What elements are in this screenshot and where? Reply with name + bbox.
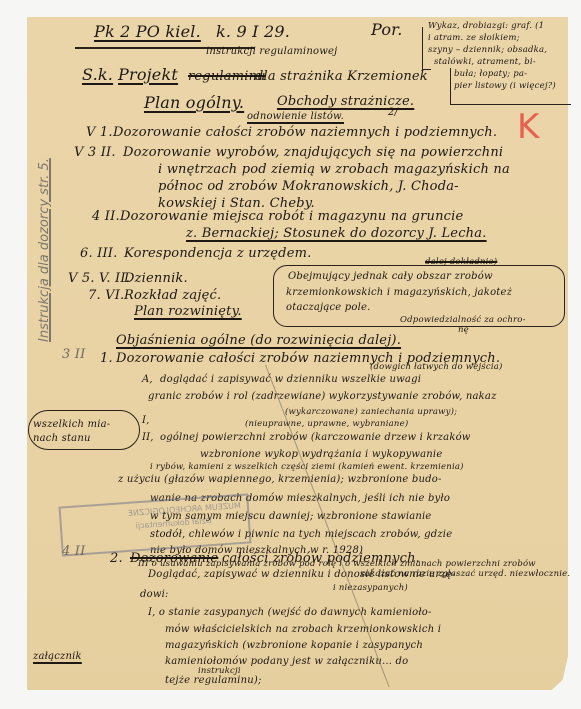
supplies-line: stalówki, atrament, bi- xyxy=(434,58,536,67)
bracket-note: nach stanu xyxy=(33,434,91,444)
general-heading: Objaśnienia ogólne (do rozwinięcia dalej… xyxy=(116,334,401,347)
item1-line: doglądać i zapisywać w dzienniku wszelki… xyxy=(160,375,421,385)
note-line: Odpowiedzialność za ochro- xyxy=(400,316,526,325)
item1-line: granic zrobów i rol (zadrzewiane) wykorz… xyxy=(148,392,497,402)
plan-item-text: Dozorowanie całości zrobów naziemnych i … xyxy=(113,126,497,139)
item1-number: 1. xyxy=(100,352,113,365)
item1-mark: I, xyxy=(142,416,150,426)
zalacznik-margin-note: załącznik xyxy=(33,652,82,662)
pencil-4: 4 II xyxy=(62,545,85,558)
item1-line: ogólnej powierzchni zrobów (karczowanie … xyxy=(160,433,471,443)
plan-item-text: i wnętrzach pod ziemią w zrobach magazyń… xyxy=(158,163,510,176)
plan-heading: Plan ogólny. xyxy=(144,95,244,111)
note-line: nę xyxy=(458,326,469,335)
item1-line: (wykarczowane) zaniechania uprawy); xyxy=(285,408,457,417)
item2-line: magazyńskich (wzbronione kopanie i zasyp… xyxy=(165,641,423,651)
note-line: Obejmujący jednak cały obszar zrobów xyxy=(288,272,493,282)
item1-line: (nieuprawne, uprawne, wybraniane) xyxy=(245,420,408,429)
project-inserted-text: instrukcji regulaminowej xyxy=(206,47,337,57)
plan-item-text: Plan rozwinięty. xyxy=(134,305,242,318)
supplies-line: buła; łopaty; pa- xyxy=(454,70,527,79)
note-line: krzemionkowskich i magazyńskich, jakoteż xyxy=(286,288,512,298)
item1-line: z użyciu (głazów wapiennego, krzemienia)… xyxy=(118,475,442,485)
plan-item-text: Korespondencja z urzędem. xyxy=(124,247,311,260)
plan-item-text: północ od zrobów Mokranowskich, J. Choda… xyxy=(158,180,459,193)
project-label: Projekt xyxy=(118,67,178,83)
pencil-3: 3 II xyxy=(62,348,85,361)
project-sk: S.k. xyxy=(82,67,113,83)
header-por: Por. xyxy=(371,22,403,38)
plan-item-mark: 6. III. xyxy=(80,247,117,260)
supplies-line: pier listowy (i więcej?) xyxy=(454,82,556,91)
supplies-line: Wykaz, drobiazgi: graf. (1 xyxy=(428,22,544,31)
plan-item-mark: 4 II. xyxy=(92,210,120,223)
item2-text: całości zrobów podziemnych. xyxy=(222,552,420,565)
item1-line: wzbronione wykop wydrążania i wykopywani… xyxy=(200,450,442,460)
obchody-note: odnowienie listów. xyxy=(247,112,344,122)
item1-mark: II, xyxy=(142,433,154,443)
plan-item-text: Rozkład zajęć. xyxy=(124,289,221,302)
bracket-note-border xyxy=(28,410,140,450)
supplies-line: szyny – dziennik; obsadka, xyxy=(428,46,547,55)
plan-item-mark: 7. VI. xyxy=(88,289,124,302)
item2-number: 2. xyxy=(110,552,123,565)
item2-line: dowi: xyxy=(140,590,169,600)
project-title: dla strażnika Krzemionek xyxy=(255,70,428,83)
item1-mark: A, xyxy=(142,375,153,385)
plan-item-mark: V 5. V. II. xyxy=(68,272,130,285)
plan-item-text: Dziennik. xyxy=(124,272,188,285)
header-ref: Pk 2 PO kiel. xyxy=(94,24,201,40)
supplies-line: i atram. ze słoikiem; xyxy=(428,34,520,43)
bracket-note: wszelkich mia- xyxy=(33,420,110,430)
item2-insert: i niezasypanych) xyxy=(333,584,408,593)
red-check-mark: K xyxy=(517,110,540,144)
header-date: k. 9 I 29. xyxy=(216,24,290,40)
item2-struck: Dozorowanie xyxy=(130,552,218,565)
note-line: otaczające pole. xyxy=(286,303,371,313)
item2-line: Doglądać, zapisywać w dzienniku i donosi… xyxy=(148,570,456,580)
item1-insert: (dowgich łatwych do wejścia) xyxy=(370,363,503,372)
plan-item-text: z. Bernackiej; Stosunek do dozorcy J. Le… xyxy=(186,227,487,240)
vertical-pencil-note: Instrukcja dla dozorcy str. 5. xyxy=(37,158,52,342)
plan-item-mark: V 1. xyxy=(86,126,113,139)
insert-2: 2/ xyxy=(388,108,398,118)
plan-item-text: Dozorowanie miejsca robót i magazynu na … xyxy=(120,210,463,223)
plan-item-mark: V 3 II. xyxy=(74,146,116,159)
plan-item-text: Dozorowanie wyrobów, znajdujących się na… xyxy=(123,146,503,159)
item2-line: tejże regulaminu); xyxy=(165,676,262,686)
item2-line: I, o stanie zasypanych (wejść do dawnych… xyxy=(148,608,432,618)
item2-line: mów właścicielskich na zrobach krzemionk… xyxy=(165,625,441,635)
